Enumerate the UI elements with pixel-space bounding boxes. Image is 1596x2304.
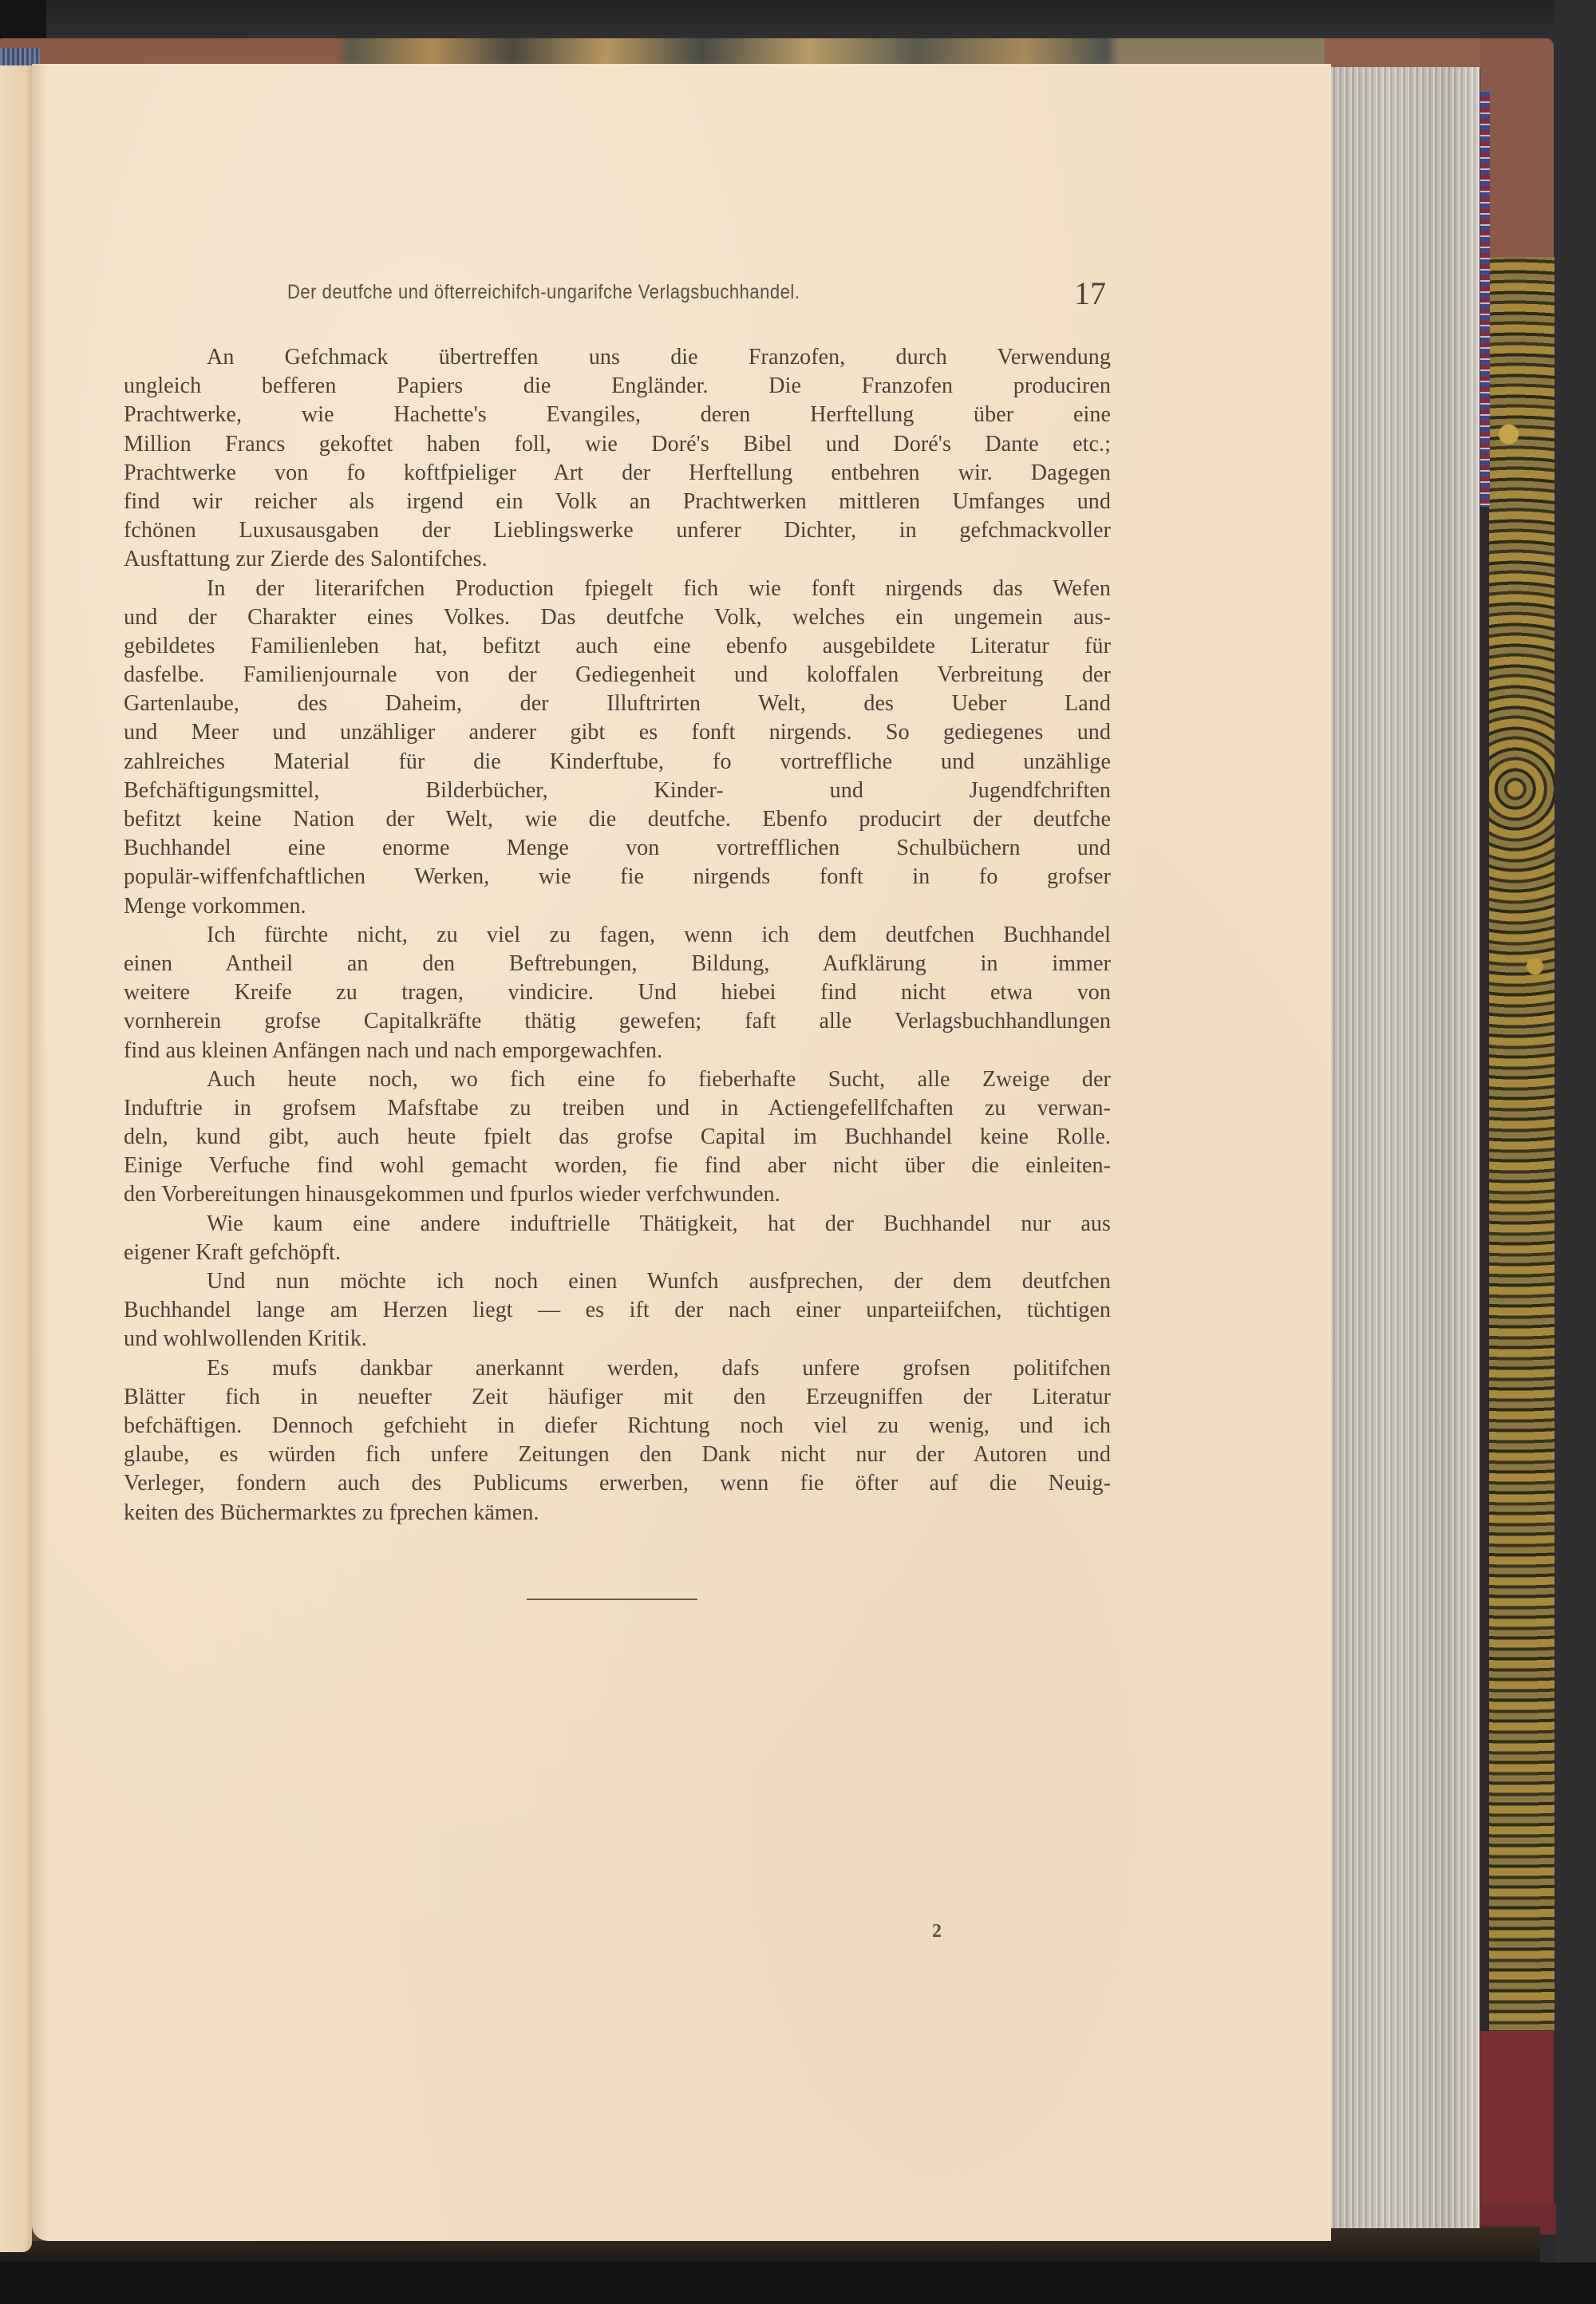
text-line: find wir reicher als irgend ein Volk an … <box>124 488 1111 516</box>
text-line: zahlreiches Material für die Kinderftube… <box>124 748 1111 777</box>
text-line: fchönen Luxusausgaben der Lieblingswerke… <box>124 516 1111 545</box>
text-line: An Gefchmack übertreffen uns die Franzof… <box>124 343 1111 372</box>
text-line: und wohlwollenden Kritik. <box>124 1325 1111 1354</box>
text-line: einen Antheil an den Beftrebungen, Bildu… <box>124 950 1111 978</box>
text-line: dasfelbe. Familienjournale von der Gedie… <box>124 661 1111 690</box>
text-line: Menge vorkommen. <box>124 892 1111 921</box>
facing-page-edge <box>0 65 32 2252</box>
page-stack-fore-edge <box>1331 67 1479 2228</box>
text-line: Verleger, fondern auch des Publicums erw… <box>124 1469 1111 1498</box>
text-line: Es mufs dankbar anerkannt werden, dafs u… <box>124 1354 1111 1383</box>
text-line: Induftrie in grofsem Mafsftabe zu treibe… <box>124 1094 1111 1123</box>
running-head: Der deutfche und öfterreichifch-ungarifc… <box>287 281 1017 313</box>
text-line: Ich fürchte nicht, zu viel zu fagen, wen… <box>124 921 1111 950</box>
backdrop-bottom <box>0 2263 1596 2304</box>
section-end-rule <box>527 1599 697 1600</box>
text-line: Ausftattung zur Zierde des Salontifches. <box>124 545 1111 574</box>
text-line: eigener Kraft gefchöpft. <box>124 1239 1111 1267</box>
text-line: befchäftigen. Dennoch gefchieht in diefe… <box>124 1412 1111 1440</box>
gutter-shadow <box>32 64 48 2241</box>
cover-leather-corner-top <box>1325 38 1484 69</box>
text-line: und der Charakter eines Volkes. Das deut… <box>124 603 1111 632</box>
cover-leather-top <box>1480 38 1554 262</box>
text-line: Auch heute noch, wo fich eine fo fieberh… <box>124 1065 1111 1094</box>
text-line: deln, kund gibt, auch heute fpielt das g… <box>124 1123 1111 1152</box>
marbled-endpaper-edge <box>1480 92 1490 507</box>
text-line: befitzt keine Nation der Welt, wie die d… <box>124 805 1111 834</box>
text-line: Gartenlaube, des Daheim, der Illuftrirte… <box>124 690 1111 718</box>
text-line: ungleich befferen Papiers die Engländer.… <box>124 372 1111 401</box>
text-line: In der literarifchen Production fpiegelt… <box>124 575 1111 603</box>
cover-marbled-board <box>1489 257 1555 2030</box>
text-line: Prachtwerke, wie Hachette's Evangiles, d… <box>124 401 1111 429</box>
text-line: populär-wiffenfchaftlichen Werken, wie f… <box>124 863 1111 891</box>
backdrop-corner <box>0 0 46 44</box>
page-number: 17 <box>1074 275 1106 312</box>
text-line: Buchhandel eine enorme Menge von vortref… <box>124 834 1111 863</box>
text-line: find aus kleinen Anfängen nach und nach … <box>124 1037 1111 1065</box>
text-line: den Vorbereitungen hinausgekommen und fp… <box>124 1180 1111 1209</box>
text-line: keiten des Büchermarktes zu fprechen käm… <box>124 1499 1111 1527</box>
text-line: Und nun möchte ich noch einen Wunfch aus… <box>124 1267 1111 1296</box>
text-line: Befchäftigungsmittel, Bilderbücher, Kind… <box>124 777 1111 805</box>
text-line: Prachtwerke von fo koftfpieliger Art der… <box>124 459 1111 488</box>
text-line: Blätter fich in neuefter Zeit häufiger m… <box>124 1383 1111 1412</box>
text-line: Einige Verfuche find wohl gemacht worden… <box>124 1152 1111 1180</box>
text-line: gebildetes Familienleben hat, befitzt au… <box>124 632 1111 661</box>
text-line: Wie kaum eine andere induftrielle Thätig… <box>124 1210 1111 1239</box>
backdrop-right <box>1555 0 1596 2304</box>
text-line: vornherein grofse Capitalkräfte thätig g… <box>124 1007 1111 1036</box>
signature-mark: 2 <box>932 1921 942 1942</box>
book-head-edge <box>0 38 1349 65</box>
body-text: An Gefchmack übertreffen uns die Franzof… <box>124 343 1111 1527</box>
text-line: Million Francs gekoftet haben foll, wie … <box>124 430 1111 459</box>
text-line: glaube, es würden fich unfere Zeitungen … <box>124 1440 1111 1469</box>
cover-leather-bottom <box>1480 2031 1554 2231</box>
text-line: Buchhandel lange am Herzen liegt — es if… <box>124 1296 1111 1325</box>
text-line: weitere Kreife zu tragen, vindicire. Und… <box>124 978 1111 1007</box>
text-line: und Meer und unzähliger anderer gibt es … <box>124 718 1111 747</box>
